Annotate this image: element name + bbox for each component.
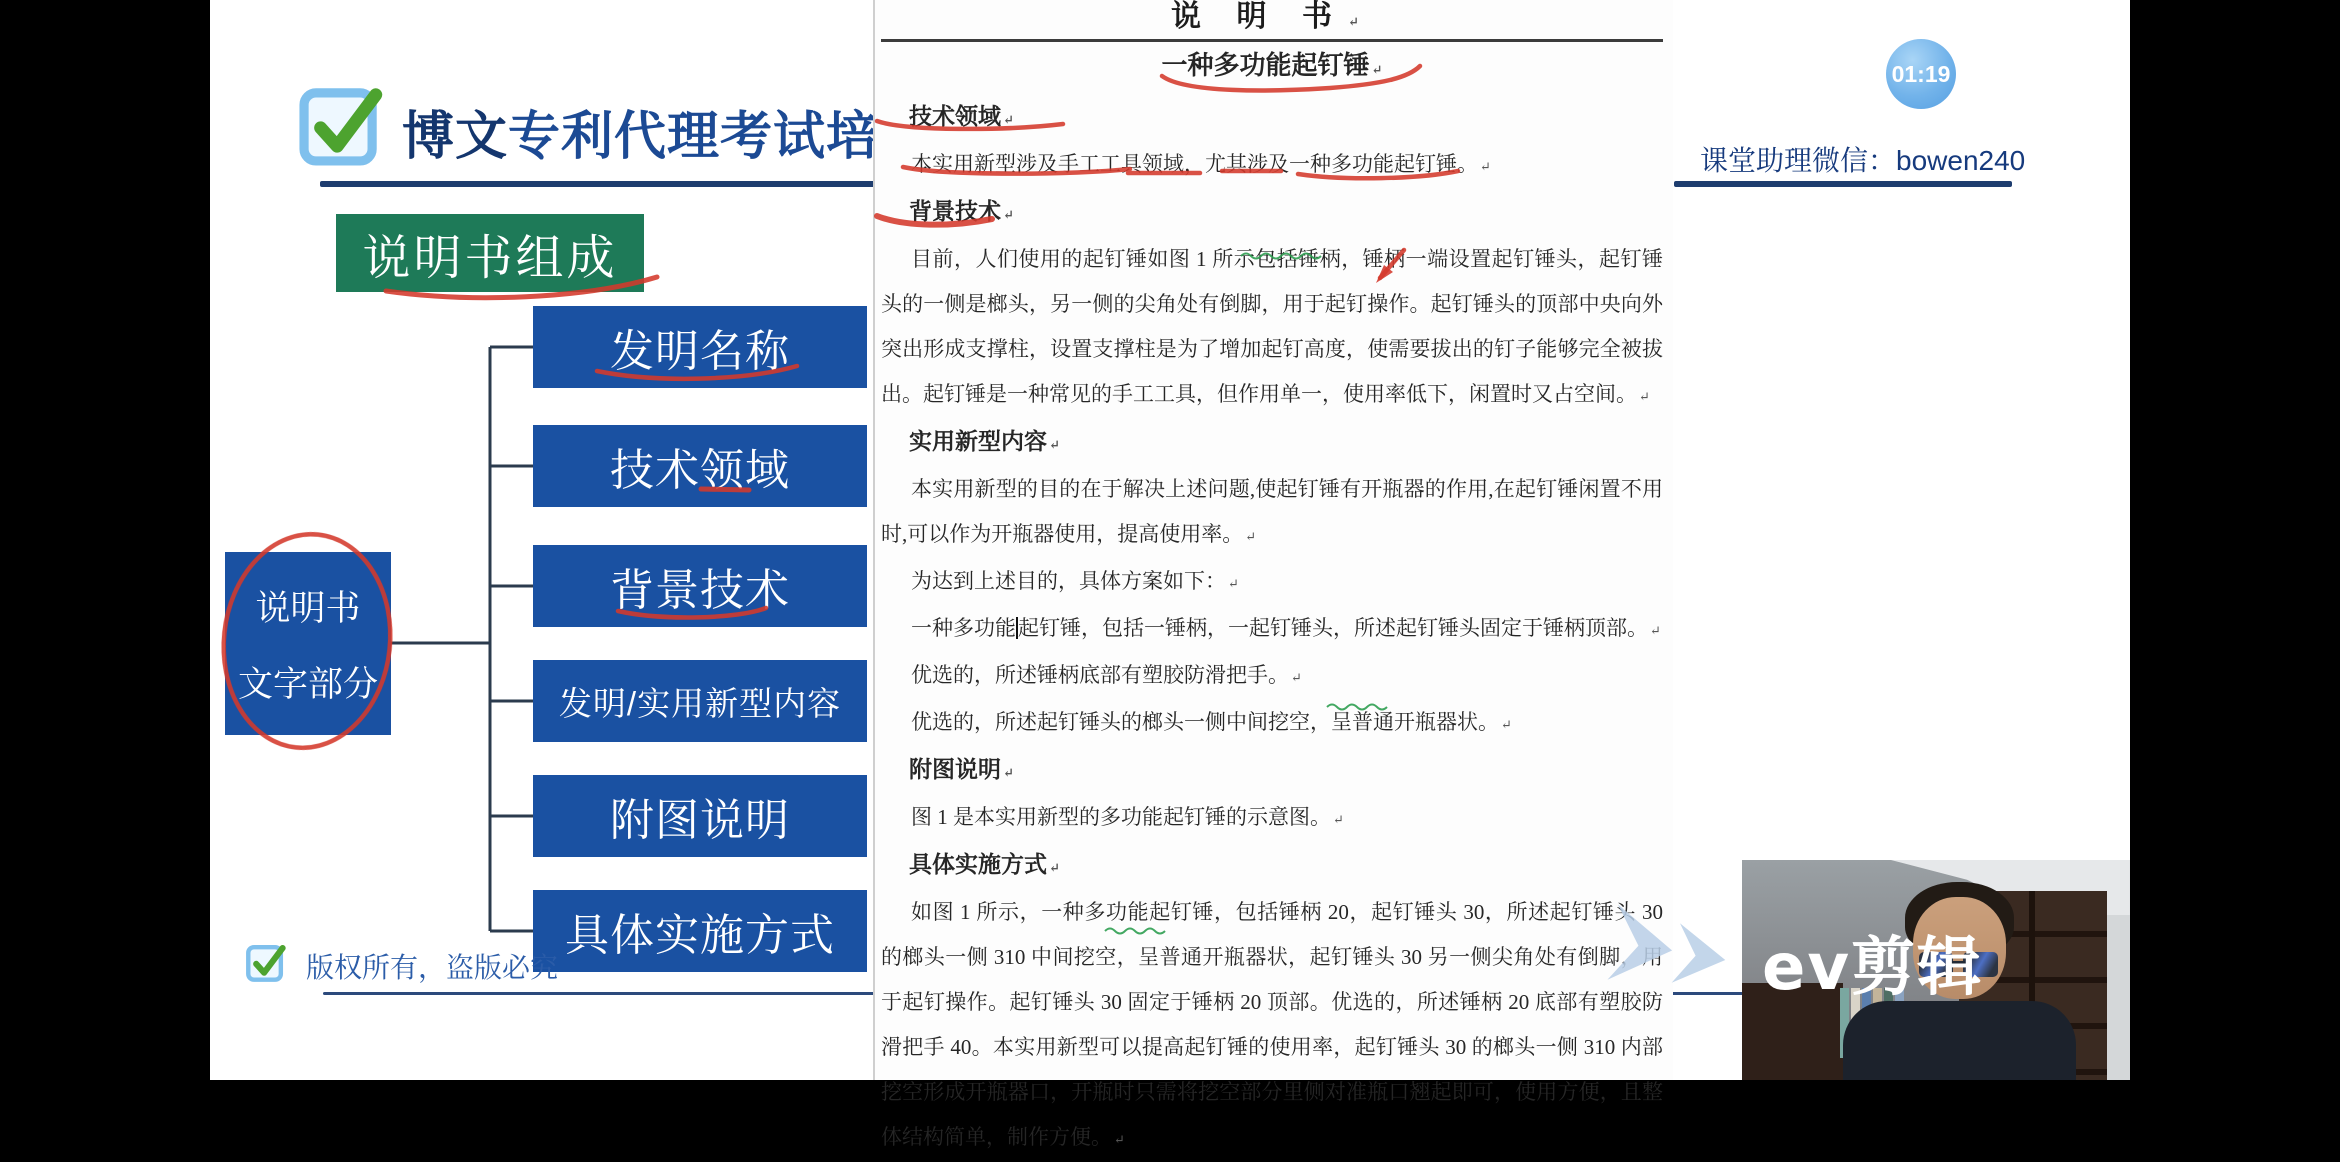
doc-paragraph: 优选的，所述起钉锤头的榔头一侧中间挖空，呈普通开瓶器状。↵ xyxy=(881,700,1663,747)
flowchart-node-content: 发明/实用新型内容 xyxy=(533,660,867,742)
header-underline-right xyxy=(1674,181,2012,187)
doc-paragraph: 图 1 是本实用新型的多功能起钉锤的示意图。↵ xyxy=(881,795,1663,842)
flowchart-node-background-art: 背景技术 xyxy=(533,545,867,627)
paragraph-mark: ↵ xyxy=(1650,623,1661,638)
doc-section-heading: 具体实施方式↵ xyxy=(909,842,1663,890)
presenter-webcam: ev剪辑 xyxy=(1742,860,2130,1080)
paragraph-mark: ↵ xyxy=(1245,529,1256,544)
paragraph-mark: ↵ xyxy=(1003,207,1014,222)
doc-subtitle: 一种多功能起钉锤↵ xyxy=(881,42,1663,94)
paragraph-mark: ↵ xyxy=(1291,670,1302,685)
brand-title: 博文专利代理考试培训 xyxy=(402,94,932,169)
section-label: 说明书组成 xyxy=(336,214,644,292)
doc-paragraph: 本实用新型的目的在于解决上述问题,使起钉锤有开瓶器的作用,在起钉锤闲置不用时,可… xyxy=(881,467,1663,559)
doc-section-heading: 附图说明↵ xyxy=(909,747,1663,795)
paragraph-mark: ↵ xyxy=(1049,860,1060,875)
specification-document: 说 明 书↵ 一种多功能起钉锤↵ 技术领域↵ 本实用新型涉及手工工具领域，尤其涉… xyxy=(873,0,1673,1080)
paragraph-mark: ↵ xyxy=(1333,812,1344,827)
doc-paragraph: 为达到上述目的，具体方案如下：↵ xyxy=(881,559,1663,606)
paragraph-mark: ↵ xyxy=(1639,389,1650,404)
timer-badge: 01:19 xyxy=(1886,39,1956,109)
paragraph-mark: ↵ xyxy=(1501,717,1512,732)
paragraph-mark: ↵ xyxy=(1372,62,1383,77)
doc-title: 说 明 书↵ xyxy=(881,2,1663,37)
doc-paragraph-with-cursor: 一种多功能起钉锤，包括一锤柄，一起钉锤头，所述起钉锤头固定于锤柄顶部。↵ xyxy=(881,606,1663,653)
checkbox-check-icon xyxy=(293,80,385,172)
doc-section-heading: 背景技术↵ xyxy=(909,189,1663,237)
assistant-wechat-text: 课堂助理微信：bowen240 xyxy=(1700,139,2025,179)
brand-title-rest: 专利代理考试培训 xyxy=(508,108,932,166)
doc-paragraph: 如图 1 所示，一种多功能起钉锤，包括锤柄 20，起钉锤头 30，所述起钉锤头 … xyxy=(881,890,1663,1080)
presenter-body xyxy=(1843,1001,2076,1080)
checkbox-check-icon-small xyxy=(243,941,287,985)
paragraph-mark: ↵ xyxy=(1003,112,1014,127)
paragraph-mark: ↵ xyxy=(1228,576,1239,591)
copyright-notice: 版权所有，盗版必究 xyxy=(306,946,558,986)
flowchart-node-technical-field: 技术领域 xyxy=(533,425,867,507)
doc-paragraph: 优选的，所述锤柄底部有塑胶防滑把手。↵ xyxy=(881,653,1663,700)
paragraph-mark: ↵ xyxy=(1480,159,1491,174)
flowchart-root-line2: 文字部分 xyxy=(238,657,378,707)
flowchart-root-node: 说明书 文字部分 xyxy=(225,552,391,735)
video-frame: 博文专利代理考试培训 说明书组成 说明书 文字部分 发明名称 技术领域 背景技术… xyxy=(0,0,2340,1080)
watermark-text: ev剪辑 xyxy=(1762,916,1983,1008)
doc-paragraph: 目前，人们使用的起钉锤如图 1 所示包括锤柄，锤柄一端设置起钉锤头，起钉锤头的一… xyxy=(881,237,1663,419)
doc-section-heading: 实用新型内容↵ xyxy=(909,419,1663,467)
flowchart-node-invention-name: 发明名称 xyxy=(533,306,867,388)
header-underline-left xyxy=(320,181,876,187)
webcam-right-wall xyxy=(2103,915,2130,1080)
doc-section-heading: 技术领域↵ xyxy=(909,94,1663,142)
doc-paragraph: 本实用新型涉及手工工具领域，尤其涉及一种多功能起钉锤。↵ xyxy=(881,142,1663,189)
paragraph-mark: ↵ xyxy=(1348,14,1373,29)
paragraph-mark: ↵ xyxy=(1049,437,1060,452)
flowchart-root-line1: 说明书 xyxy=(255,581,360,631)
paragraph-mark: ↵ xyxy=(1003,765,1014,780)
brand-title-bold: 博文 xyxy=(402,108,508,166)
flowchart-node-embodiments: 具体实施方式 xyxy=(533,890,867,972)
flowchart-node-figure-description: 附图说明 xyxy=(533,775,867,857)
